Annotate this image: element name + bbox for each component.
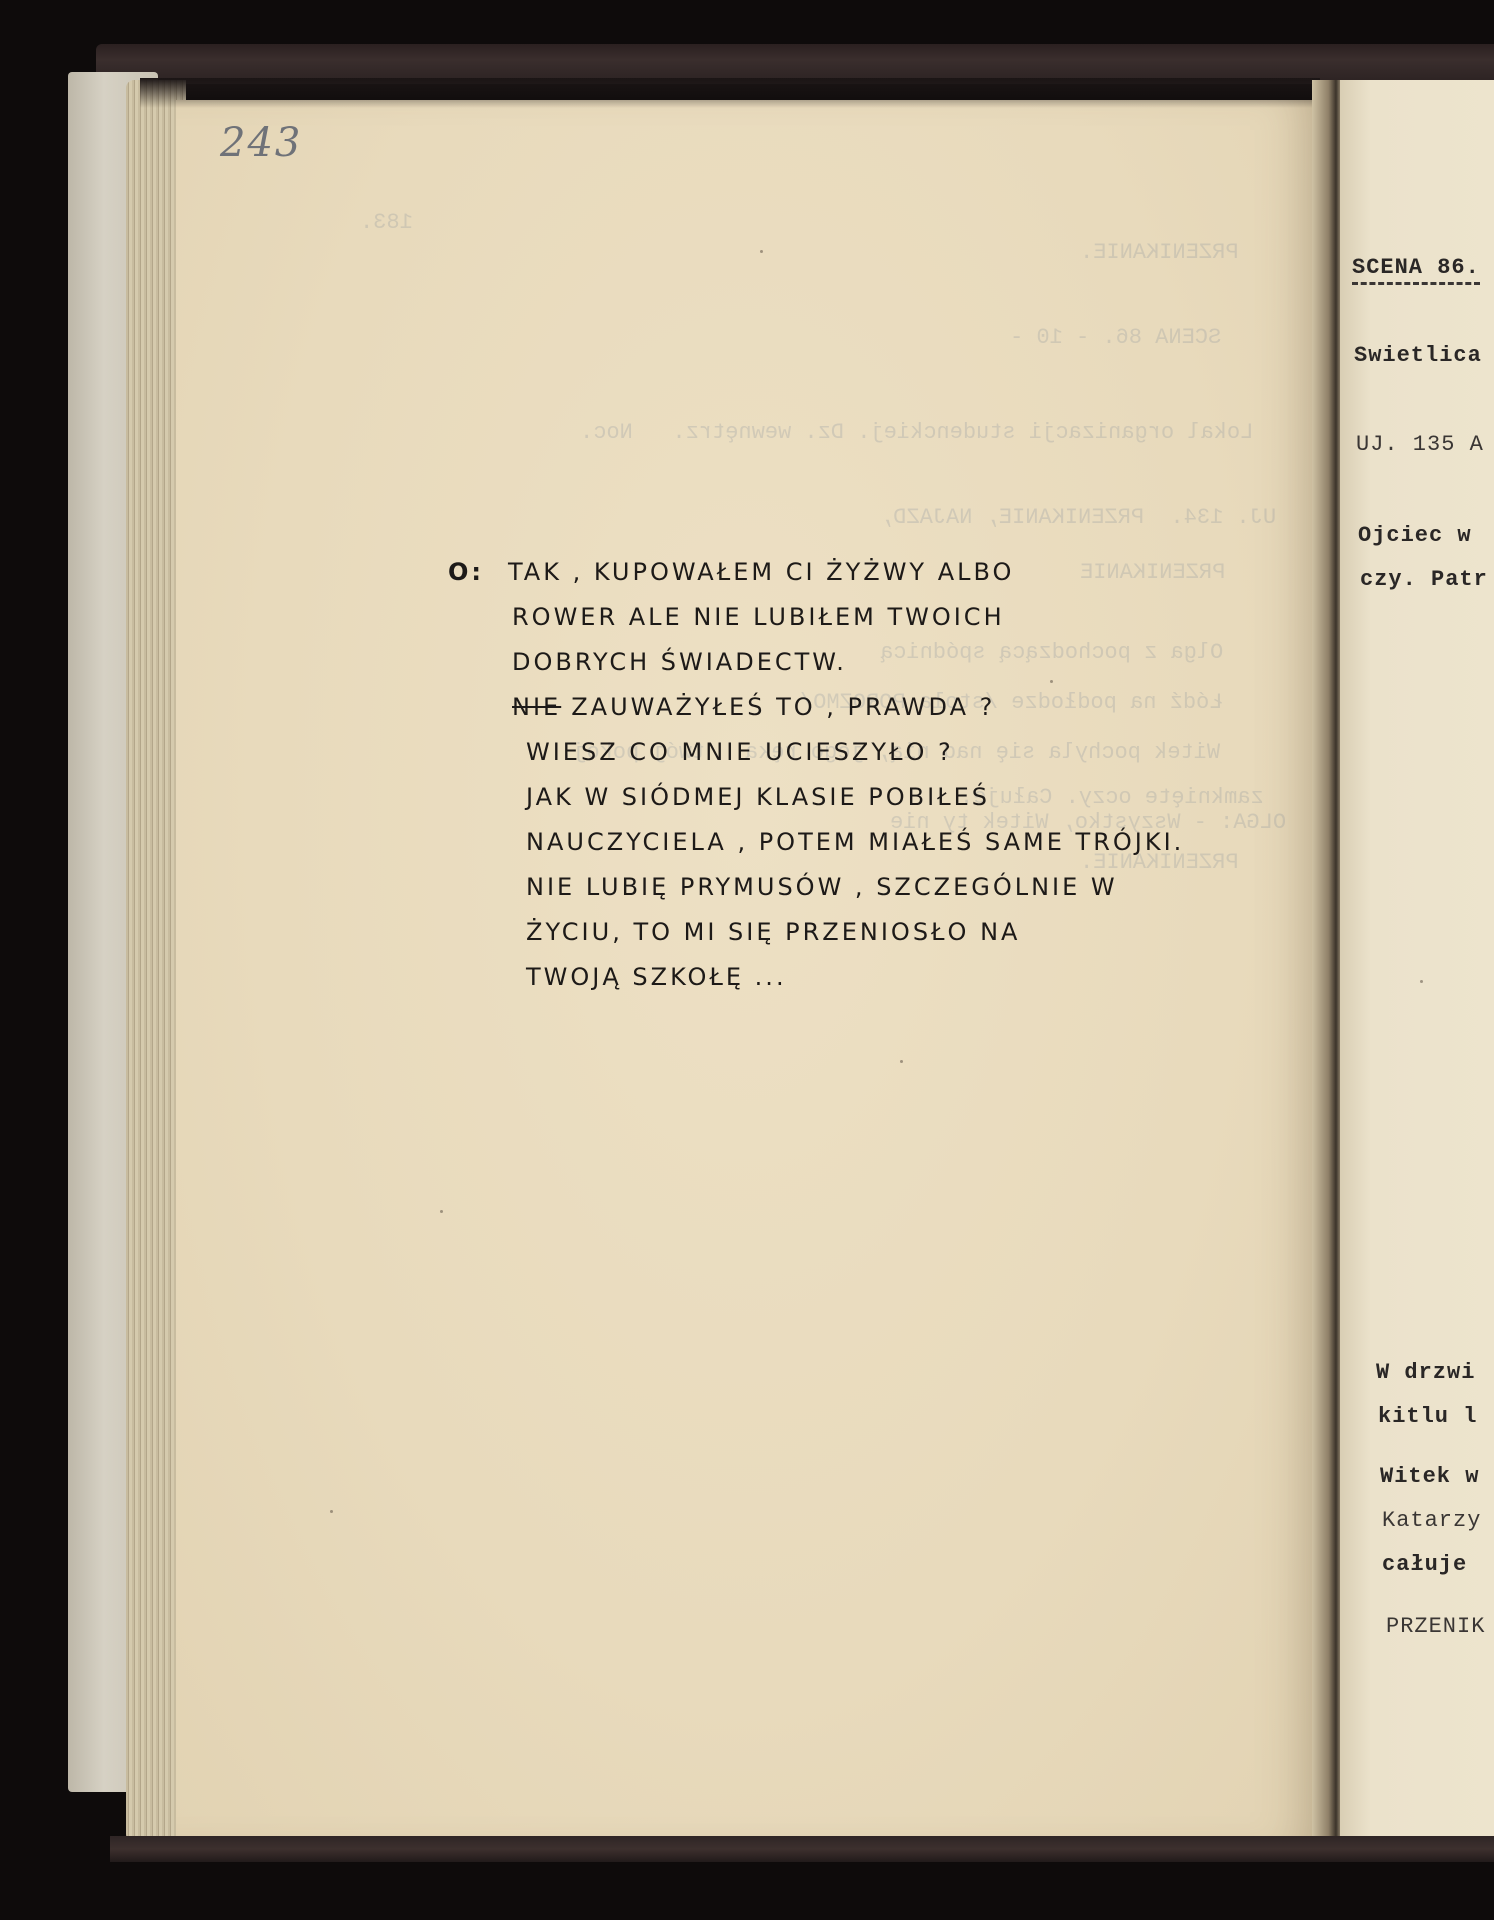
shot-number-line: UJ. 135 A: [1356, 432, 1484, 457]
paper-speck: [1050, 680, 1053, 683]
transition-line: PRZENIK: [1386, 1614, 1485, 1639]
paper-speck: [330, 1510, 333, 1513]
scene-heading: SCENA 86.: [1352, 255, 1480, 285]
scene-heading-text: SCENA 86.: [1352, 255, 1480, 280]
action-line: Witek w: [1380, 1464, 1479, 1489]
right-page-text: SCENA 86. Swietlica UJ. 135 A Ojciec w c…: [0, 0, 1494, 1920]
action-line: W drzwi: [1376, 1360, 1475, 1385]
paper-speck: [440, 1210, 443, 1213]
paper-speck: [1420, 980, 1423, 983]
action-line: całuje: [1382, 1552, 1467, 1577]
paper-speck: [760, 250, 763, 253]
paper-speck: [900, 1060, 903, 1063]
action-line: Ojciec w: [1358, 523, 1472, 548]
action-line: kitlu l: [1378, 1404, 1477, 1429]
action-line: Katarzy: [1382, 1508, 1481, 1533]
location-line: Swietlica: [1354, 343, 1482, 368]
action-line: czy. Patr: [1360, 567, 1488, 592]
